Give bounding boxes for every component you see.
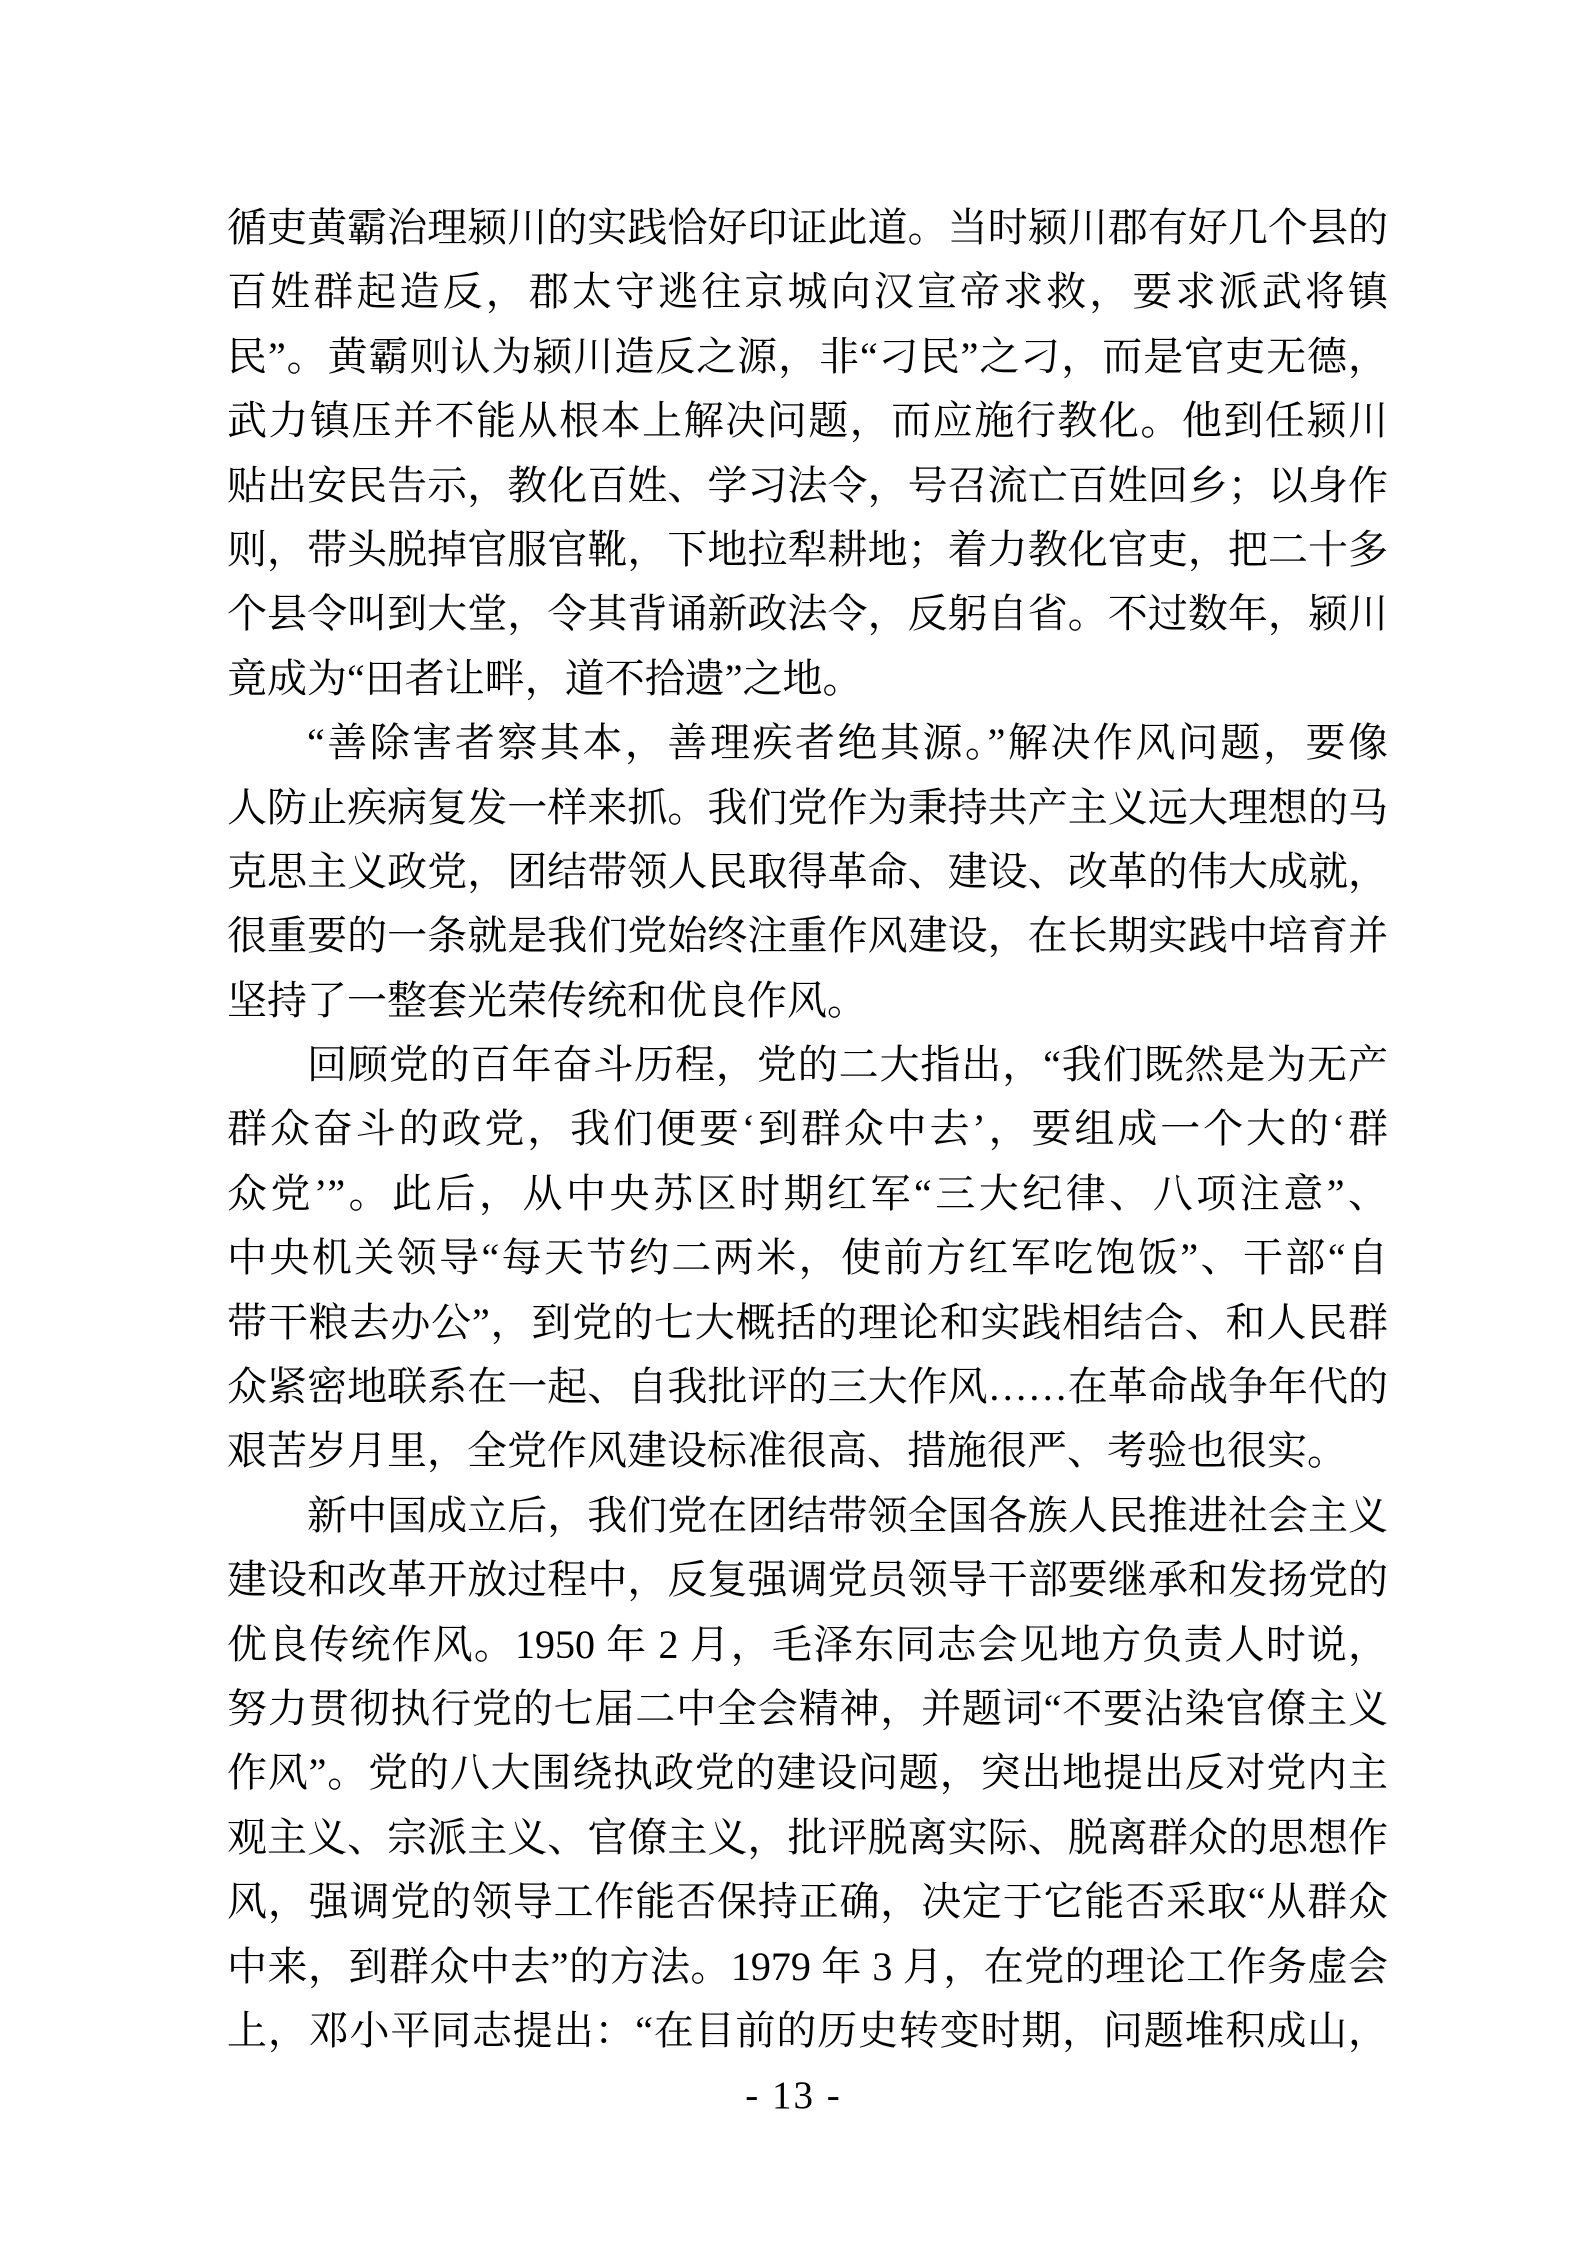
text-line: 艰苦岁月里，全党作风建设标准很高、措施很严、考验也很实。 — [227, 1419, 1388, 1483]
document-page: 循吏黄霸治理颍川的实践恰好印证此道。当时颍川郡有好几个县的 百姓群起造反，郡太守… — [0, 0, 1587, 2245]
text-line: 建设和改革开放过程中，反复强调党员领导干部要继承和发扬党的 — [227, 1548, 1388, 1612]
text-line: 贴出安民告示，教化百姓、学习法令，号召流亡百姓回乡；以身作 — [227, 454, 1388, 518]
text-line: 中来，到群众中去”的方法。1979 年 3 月，在党的理论工作务虚会 — [227, 1935, 1388, 1999]
text-line: 则，带头脱掉官服官靴，下地拉犁耕地；着力教化官吏，把二十多 — [227, 518, 1388, 582]
text-line: 努力贯彻执行党的七届二中全会精神，并题词“不要沾染官僚主义 — [227, 1677, 1388, 1741]
text-line: “善除害者察其本，善理疾者绝其源。”解决作风问题，要像 — [227, 711, 1388, 775]
text-line: 新中国成立后，我们党在团结带领全国各族人民推进社会主义 — [227, 1484, 1388, 1548]
text-line: 竟成为“田者让畔，道不拾遗”之地。 — [227, 647, 1388, 711]
body-text: 循吏黄霸治理颍川的实践恰好印证此道。当时颍川郡有好几个县的 百姓群起造反，郡太守… — [227, 196, 1388, 2063]
text-line: 带干粮去办公”，到党的七大概括的理论和实践相结合、和人民群 — [227, 1291, 1388, 1355]
page-number: - 13 - — [0, 2072, 1587, 2120]
text-line: 克思主义政党，团结带领人民取得革命、建设、改革的伟大成就， — [227, 840, 1388, 904]
text-line: 循吏黄霸治理颍川的实践恰好印证此道。当时颍川郡有好几个县的 — [227, 196, 1388, 260]
text-line: 观主义、宗派主义、官僚主义，批评脱离实际、脱离群众的思想作 — [227, 1806, 1388, 1870]
text-line: 上，邓小平同志提出：“在目前的历史转变时期，问题堆积成山， — [227, 1999, 1388, 2063]
text-line: 风，强调党的领导工作能否保持正确，决定于它能否采取“从群众 — [227, 1870, 1388, 1934]
text-line: 武力镇压并不能从根本上解决问题，而应施行教化。他到任颍川后， — [227, 389, 1388, 453]
text-line: 坚持了一整套光荣传统和优良作风。 — [227, 969, 1388, 1033]
text-line: 中央机关领导“每天节约二两米，使前方红军吃饱饭”、干部“自 — [227, 1226, 1388, 1290]
text-line: 回顾党的百年奋斗历程，党的二大指出，“我们既然是为无产 — [227, 1033, 1388, 1097]
text-line: 群众奋斗的政党，我们便要‘到群众中去’，要组成一个大的‘群 — [227, 1097, 1388, 1161]
text-line: 很重要的一条就是我们党始终注重作风建设，在长期实践中培育并 — [227, 904, 1388, 968]
text-line: 众党’”。此后，从中央苏区时期红军“三大纪律、八项注意”、 — [227, 1162, 1388, 1226]
text-line: 百姓群起造反，郡太守逃往京城向汉宣帝求救，要求派武将镇压“刁 — [227, 260, 1388, 324]
text-line: 作风”。党的八大围绕执政党的建设问题，突出地提出反对党内主 — [227, 1741, 1388, 1805]
text-line: 优良传统作风。1950 年 2 月，毛泽东同志会见地方负责人时说，要 — [227, 1613, 1388, 1677]
text-line: 民”。黄霸则认为颍川造反之源，非“刁民”之刁，而是官吏无德， — [227, 325, 1388, 389]
text-line: 人防止疾病复发一样来抓。我们党作为秉持共产主义远大理想的马 — [227, 776, 1388, 840]
text-line: 众紧密地联系在一起、自我批评的三大作风……在革命战争年代的 — [227, 1355, 1388, 1419]
text-line: 个县令叫到大堂，令其背诵新政法令，反躬自省。不过数年，颍川 — [227, 582, 1388, 646]
